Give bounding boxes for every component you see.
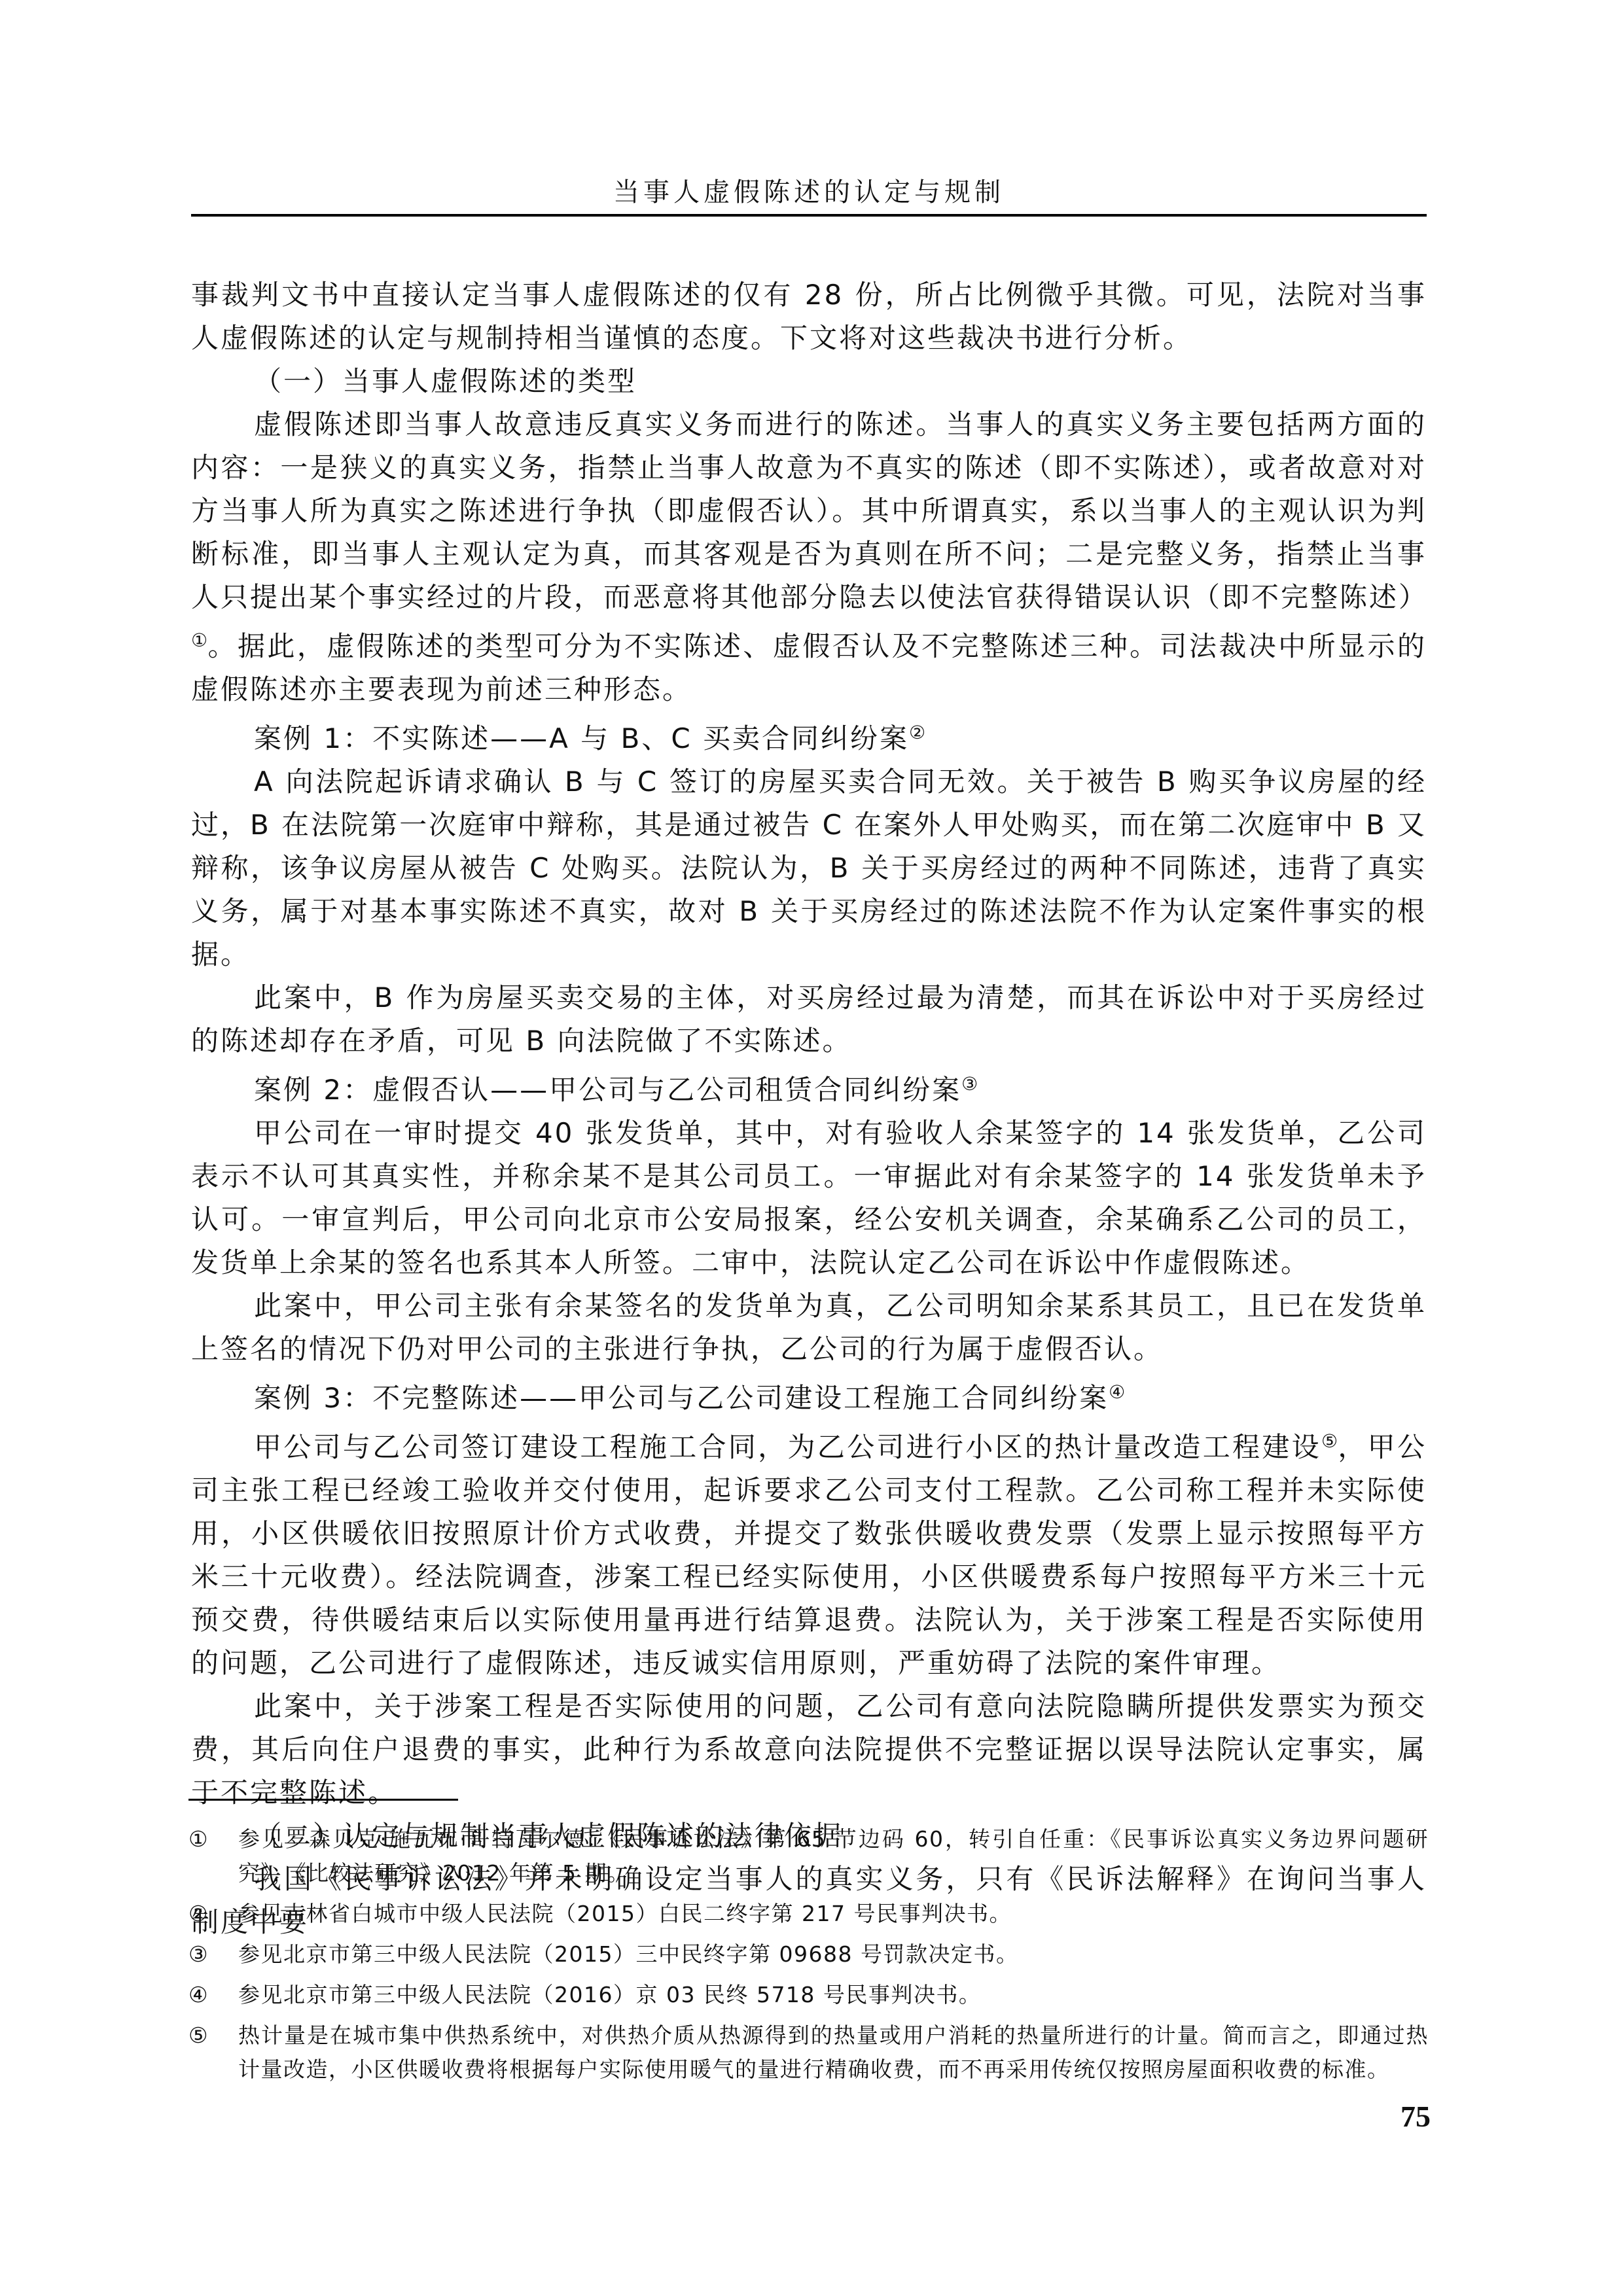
footnote-text: 参见北京市第三中级人民法院（2015）三中民终字第 09688 号罚款决定书。 bbox=[238, 1937, 1429, 1971]
case-heading-1: 案例 1：不实陈述——A 与 B、C 买卖合同纠纷案② bbox=[191, 711, 1427, 760]
footnote-mark: ① bbox=[188, 1822, 238, 1890]
body-text: 事裁判文书中直接认定当事人虚假陈述的仅有 28 份，所占比例微乎其微。可见，法院… bbox=[191, 274, 1427, 1944]
footnote-rule bbox=[188, 1799, 458, 1801]
footnote-mark: ③ bbox=[188, 1937, 238, 1971]
footnotes: ① 参见罗森贝克·施瓦布·哥特瓦尔德：《民事诉讼法》第 65 节边码 60，转引… bbox=[188, 1822, 1429, 2093]
footnote-5: ⑤ 热计量是在城市集中供热系统中，对供热介质从热源得到的热量或用户消耗的热量所进… bbox=[188, 2019, 1429, 2087]
case-heading-3: 案例 3：不完整陈述——甲公司与乙公司建设工程施工合同纠纷案④ bbox=[191, 1371, 1427, 1420]
footnote-mark: ② bbox=[188, 1897, 238, 1931]
footnote-ref-5[interactable]: ⑤ bbox=[1321, 1430, 1338, 1452]
footnote-4: ④ 参见北京市第三中级人民法院（2016）京 03 民终 5718 号民事判决书… bbox=[188, 1978, 1429, 2012]
page-number: 75 bbox=[1400, 2099, 1431, 2134]
case-title: 案例 3：不完整陈述——甲公司与乙公司建设工程施工合同纠纷案 bbox=[254, 1382, 1109, 1414]
footnote-ref-2[interactable]: ② bbox=[909, 722, 925, 743]
paragraph-text: 甲公司与乙公司签订建设工程施工合同，为乙公司进行小区的热计量改造工程建设 bbox=[254, 1431, 1321, 1463]
footnote-ref-3[interactable]: ③ bbox=[961, 1073, 978, 1095]
running-header: 当事人虚假陈述的认定与规制 bbox=[191, 171, 1427, 209]
paragraph-text: 。据此，虚假陈述的类型可分为不实陈述、虚假否认及不完整陈述三种。司法裁决中所显示… bbox=[191, 630, 1427, 705]
footnote-2: ② 参见吉林省白城市中级人民法院（2015）白民二终字第 217 号民事判决书。 bbox=[188, 1897, 1429, 1931]
case-title: 案例 1：不实陈述——A 与 B、C 买卖合同纠纷案 bbox=[254, 722, 909, 754]
paragraph-case2-analysis: 此案中，甲公司主张有余某签名的发货单为真，乙公司明知余某系其员工，且已在发货单上… bbox=[191, 1284, 1427, 1371]
paragraph-case3-analysis: 此案中，关于涉案工程是否实际使用的问题，乙公司有意向法院隐瞒所提供发票实为预交费… bbox=[191, 1685, 1427, 1814]
footnote-ref-1[interactable]: ① bbox=[191, 629, 208, 651]
header-rule bbox=[191, 214, 1427, 217]
footnote-3: ③ 参见北京市第三中级人民法院（2015）三中民终字第 09688 号罚款决定书… bbox=[188, 1937, 1429, 1971]
footnote-text: 参见北京市第三中级人民法院（2016）京 03 民终 5718 号民事判决书。 bbox=[238, 1978, 1429, 2012]
paragraph-text: 虚假陈述即当事人故意违反真实义务而进行的陈述。当事人的真实义务主要包括两方面的内… bbox=[191, 408, 1428, 613]
footnote-text: 参见罗森贝克·施瓦布·哥特瓦尔德：《民事诉讼法》第 65 节边码 60，转引自任… bbox=[238, 1822, 1429, 1890]
paragraph-case1-analysis: 此案中，B 作为房屋买卖交易的主体，对买房经过最为清楚，而其在诉讼中对于买房经过… bbox=[191, 976, 1427, 1063]
case-title: 案例 2：虚假否认——甲公司与乙公司租赁合同纠纷案 bbox=[254, 1074, 961, 1106]
footnote-ref-4[interactable]: ④ bbox=[1109, 1381, 1125, 1403]
section-heading-types: （一）当事人虚假陈述的类型 bbox=[191, 360, 1427, 403]
paragraph-continuation: 事裁判文书中直接认定当事人虚假陈述的仅有 28 份，所占比例微乎其微。可见，法院… bbox=[191, 274, 1427, 360]
paragraph-case1-facts: A 向法院起诉请求确认 B 与 C 签订的房屋买卖合同无效。关于被告 B 购买争… bbox=[191, 760, 1427, 976]
footnote-mark: ④ bbox=[188, 1978, 238, 2012]
footnote-text: 参见吉林省白城市中级人民法院（2015）白民二终字第 217 号民事判决书。 bbox=[238, 1897, 1429, 1931]
paragraph-case3-facts: 甲公司与乙公司签订建设工程施工合同，为乙公司进行小区的热计量改造工程建设⑤，甲公… bbox=[191, 1420, 1427, 1685]
footnote-text: 热计量是在城市集中供热系统中，对供热介质从热源得到的热量或用户消耗的热量所进行的… bbox=[238, 2019, 1429, 2087]
paragraph-case2-facts: 甲公司在一审时提交 40 张发货单，其中，对有验收人余某签字的 14 张发货单，… bbox=[191, 1112, 1427, 1284]
paragraph-text: ，甲公司主张工程已经竣工验收并交付使用，起诉要求乙公司支付工程款。乙公司称工程并… bbox=[191, 1431, 1427, 1679]
footnote-mark: ⑤ bbox=[188, 2019, 238, 2087]
paragraph-definition: 虚假陈述即当事人故意违反真实义务而进行的陈述。当事人的真实义务主要包括两方面的内… bbox=[191, 403, 1427, 711]
footnote-1: ① 参见罗森贝克·施瓦布·哥特瓦尔德：《民事诉讼法》第 65 节边码 60，转引… bbox=[188, 1822, 1429, 1890]
case-heading-2: 案例 2：虚假否认——甲公司与乙公司租赁合同纠纷案③ bbox=[191, 1063, 1427, 1112]
